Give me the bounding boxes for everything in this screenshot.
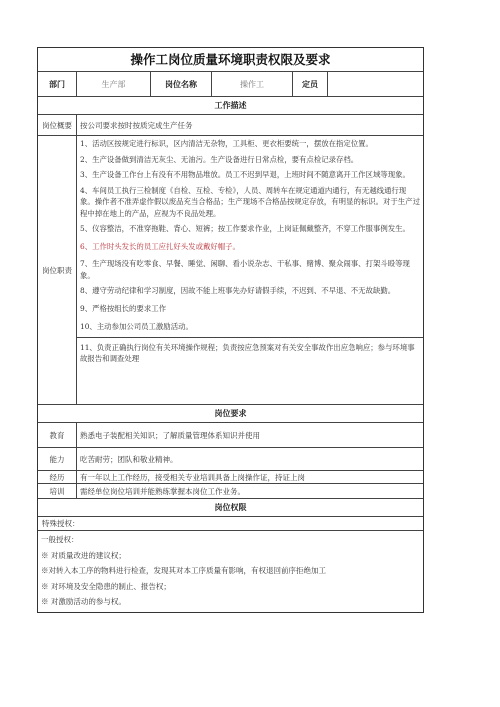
requirement-label: 经历: [38, 471, 77, 483]
header-row: 部门 生产部 岗位名称 操作工 定员: [38, 72, 423, 97]
authority-line: ※ 对质量改进的建议权；: [38, 548, 423, 564]
requirement-row-ability: 能力 吃苦耐劳；团队和敬业精神。: [38, 448, 423, 471]
duties-row: 岗位职责 1、活动区按规定进行标识，区内清洁无杂物，工具柜、更衣柜要统一，摆放在…: [38, 136, 423, 405]
duty-item-highlighted: 6、工作时头发长的员工应扎好头发或戴好帽子。: [77, 237, 423, 257]
duty-item: 7、生产现场没有吃零食、早餐、睡觉、闲聊、看小说杂志、干私事、赌博、聚众闹事、打…: [77, 256, 423, 283]
section-title-authority: 岗位权限: [38, 499, 423, 516]
position-label: 岗位名称: [151, 72, 212, 96]
dept-value: 生产部: [77, 72, 151, 96]
summary-row: 岗位概要 按公司要求按时按质完成生产任务: [38, 115, 423, 136]
authority-line: ※ 对激励活动的参与权。: [38, 594, 423, 610]
section-title-work-description: 工作描述: [38, 97, 423, 114]
requirements-section: 岗位要求: [38, 405, 423, 423]
duties-label: 岗位职责: [38, 136, 77, 404]
position-value: 操作工: [212, 72, 293, 96]
headcount-value: [328, 72, 423, 96]
authority-line: ※ 对环境及安全隐患的制止、报告权；: [38, 579, 423, 595]
requirement-value: 吃苦耐劳；团队和敬业精神。: [77, 448, 423, 470]
title-row: 操作工岗位质量环境职责权限及要求: [38, 48, 423, 72]
duty-item: 9、严格按组长的要求工作: [77, 299, 423, 319]
authority-line: ※对转入本工序的物料进行检查，发现其对本工序质量有影响，有权退回前序拒绝加工: [38, 563, 423, 579]
general-authority-row: 一般授权： ※ 对质量改进的建议权； ※对转入本工序的物料进行检查，发现其对本工…: [38, 531, 423, 612]
section-title-requirements: 岗位要求: [38, 405, 423, 422]
special-authority-label: 特殊授权：: [38, 517, 423, 530]
special-authority-row: 特殊授权：: [38, 517, 423, 531]
dept-label: 部门: [38, 72, 77, 96]
authority-line: 一般授权：: [38, 532, 423, 548]
duty-item: 10、主动参加公司员工激励活动。: [77, 318, 423, 337]
headcount-label: 定员: [293, 72, 328, 96]
duty-item: 5、仪容整洁，不准穿拖鞋、背心、短裤；按工作要求作业，上岗证佩戴整齐，不穿工作服…: [77, 221, 423, 237]
duty-item: 2、生产设备做到清洁无灰尘、无油污。生产设备进行日常点检，要有点检记录存档。: [77, 152, 423, 168]
requirement-value: 需经单位岗位培训并能熟练掌握本岗位工作业务。: [77, 484, 423, 498]
requirement-value: 熟悉电子装配相关知识；了解质量管理体系知识并使用: [77, 423, 423, 447]
requirement-row-training: 培训 需经单位岗位培训并能熟练掌握本岗位工作业务。: [38, 484, 423, 499]
requirement-label: 教育: [38, 423, 77, 447]
general-authority-list: 一般授权： ※ 对质量改进的建议权； ※对转入本工序的物料进行检查，发现其对本工…: [38, 531, 423, 612]
summary-value: 按公司要求按时按质完成生产任务: [77, 115, 423, 135]
requirement-row-experience: 经历 有一年以上工作经历，接受相关专业培训具备上岗操作证，持证上岗: [38, 471, 423, 484]
requirement-label: 能力: [38, 448, 77, 470]
work-description-section: 工作描述: [38, 97, 423, 115]
requirement-label: 培训: [38, 484, 77, 498]
authority-section: 岗位权限: [38, 499, 423, 517]
duty-item: 1、活动区按规定进行标识，区内清洁无杂物，工具柜、更衣柜要统一，摆放在指定位置。: [77, 136, 423, 152]
duty-item: 8、遵守劳动纪律和学习制度，因故不能上班事先办好请假手续，不迟到、不早退、不无故…: [77, 283, 423, 299]
duties-list: 1、活动区按规定进行标识，区内清洁无杂物，工具柜、更衣柜要统一，摆放在指定位置。…: [77, 136, 423, 404]
requirement-value: 有一年以上工作经历，接受相关专业培训具备上岗操作证，持证上岗: [77, 471, 423, 483]
duty-item: 3、生产设备工作台上有没有不用物品堆放。员工不迟到早退，上班时间不随意离开工作区…: [77, 167, 423, 183]
requirement-row-education: 教育 熟悉电子装配相关知识；了解质量管理体系知识并使用: [38, 423, 423, 448]
job-description-table: 操作工岗位质量环境职责权限及要求 部门 生产部 岗位名称 操作工 定员 工作描述…: [37, 47, 424, 613]
document-title: 操作工岗位质量环境职责权限及要求: [38, 48, 423, 71]
duty-item: 4、车间员工执行三检制度《自检、互检、专检》，人员、周转车在规定通道内通行，有无…: [77, 183, 423, 222]
summary-label: 岗位概要: [38, 115, 77, 135]
duty-item: 11、负责正确执行岗位有关环境操作规程；负责按应急预案对有关安全事故作出应急响应…: [77, 337, 423, 405]
